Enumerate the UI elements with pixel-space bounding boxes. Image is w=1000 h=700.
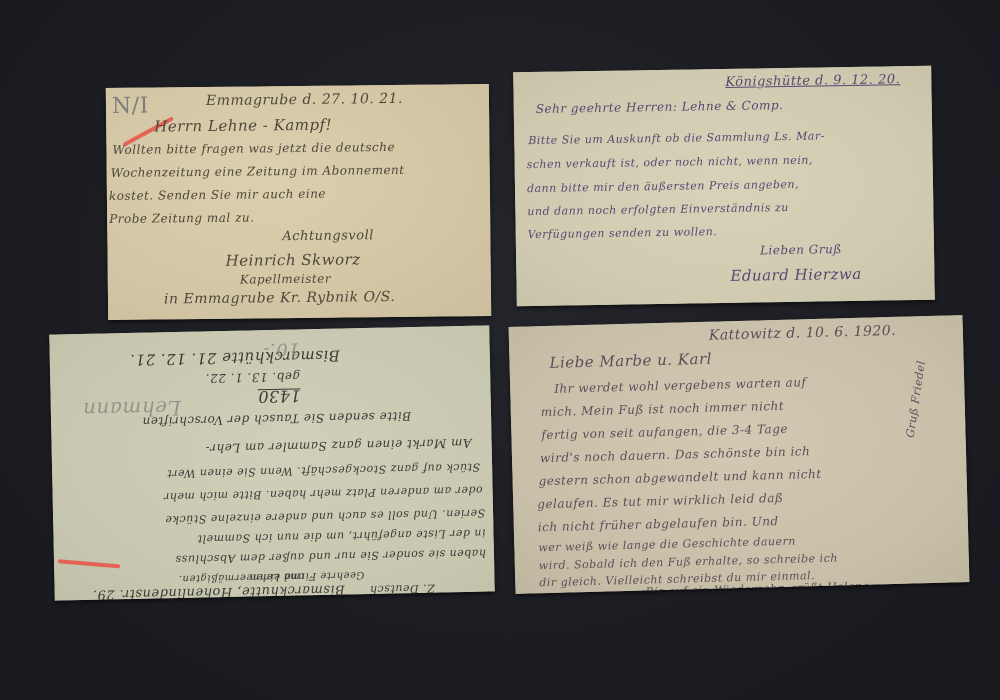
- card-text-line: und dann noch erfolgten Einverständnis z…: [527, 201, 789, 218]
- card-header-line: Bismarckhütte, Hohenlindenstr. 29.: [92, 582, 345, 601]
- card-text-line: mich. Mein Fuß ist noch immer nicht: [541, 399, 785, 419]
- postcard-bottom-left: Bismarckhütte 21. 12. 21. geb. 13. 1. 22…: [49, 325, 494, 600]
- postcard-bottom-right: Kattowitz d. 10. 6. 1920. Liebe Marbe u.…: [509, 315, 970, 594]
- card-text-line: kostet. Senden Sie mir auch eine: [109, 187, 326, 203]
- card-text-line: geb. 13. 1. 22.: [205, 369, 300, 385]
- card-closing: Achtungsvoll: [282, 228, 374, 244]
- card-text-line: fertig von seit aufangen, die 3-4 Tage: [541, 422, 788, 442]
- upside-down-text-block: Bismarckhütte 21. 12. 21. geb. 13. 1. 22…: [49, 325, 494, 600]
- card-salutation: Sehr geehrte Herren: Lehne & Comp.: [536, 98, 784, 116]
- card-text-line: wird's noch dauern. Das schönste bin ich: [540, 444, 811, 465]
- card-date-line: Kattowitz d. 10. 6. 1920.: [709, 323, 897, 344]
- card-closing: Lieben Gruß: [760, 242, 842, 257]
- card-date-line: Bismarckhütte 21. 12. 21.: [130, 347, 340, 369]
- card-signature-address: in Emmagrube Kr. Rybnik O/S.: [164, 289, 395, 307]
- card-signature: Eduard Hierzwa: [730, 265, 862, 285]
- card-text-line: gestern schon abgewandelt und kann nicht: [538, 467, 821, 488]
- pencil-mark: N/I: [112, 94, 149, 119]
- card-date-line: Emmagrube d. 27. 10. 21.: [206, 91, 403, 109]
- card-salutation: Liebe Marbe u. Karl: [549, 350, 712, 372]
- card-text-line: dann bitte mir den äußersten Preis angeb…: [527, 178, 799, 195]
- card-text-line: Geehrte Firma Lehne: [246, 569, 365, 582]
- margin-note: Gruß Friedel: [904, 360, 928, 439]
- postcard-top-left: N/I Emmagrube d. 27. 10. 21. Herrn Lehne…: [106, 84, 491, 320]
- pencil-note: Lehmann: [82, 396, 181, 422]
- card-text-line: Bitte senden Sie Tausch der Vorschriften: [142, 409, 411, 429]
- card-text-line: ich nicht früher abgelaufen bin. Und: [538, 514, 779, 534]
- card-text-line: Stück auf ganz Stockgeschäft. Wenn Sie e…: [167, 461, 481, 481]
- card-text-line: Wollten bitte fragen was jetzt die deuts…: [112, 140, 395, 157]
- card-text-line: in der Liste angeführt, um die nun ich S…: [197, 527, 486, 546]
- card-text-line: Wochenzeitung eine Zeitung im Abonnement: [111, 163, 405, 180]
- card-text-line: 1430: [258, 386, 301, 406]
- card-text-line: oder am anderen Platz mehr haben. Bitte …: [163, 484, 482, 504]
- card-text-line: Verfügungen senden zu wollen.: [528, 225, 718, 241]
- card-signature: Heinrich Skworz: [226, 250, 361, 269]
- card-text-line: Bitte Sie um Auskunft ob die Sammlung Ls…: [528, 129, 825, 147]
- card-text-line: Probe Zeitung mal zu.: [109, 210, 254, 226]
- card-text-line: schen verkauft ist, oder noch nicht, wen…: [527, 154, 813, 171]
- card-text-line: Serien. Und soll es auch und andere einz…: [165, 507, 485, 527]
- postcard-top-right: Königshütte d. 9. 12. 20. Sehr geehrte H…: [513, 66, 935, 307]
- pencil-note: 10.-: [263, 338, 300, 360]
- card-date-line: Königshütte d. 9. 12. 20.: [725, 72, 900, 90]
- card-text-line: gelaufen. Es tut mir wirklich leid daß: [537, 491, 784, 511]
- card-text-line: Am Markt einen ganz Sammler am Lehr-: [205, 436, 472, 456]
- card-text-line: wer weiß wie lange die Geschichte dauern: [538, 535, 796, 555]
- card-header-note: Z. Deutsch: [369, 582, 434, 596]
- card-signature-title: Kapellmeister: [240, 272, 331, 287]
- card-salutation: Herrn Lehne - Kampf!: [154, 116, 332, 136]
- card-text-line: Ihr werdet wohl vergebens warten auf: [554, 375, 807, 396]
- card-text-line: haben sie sonder Sie nur und außer dem A…: [175, 547, 486, 567]
